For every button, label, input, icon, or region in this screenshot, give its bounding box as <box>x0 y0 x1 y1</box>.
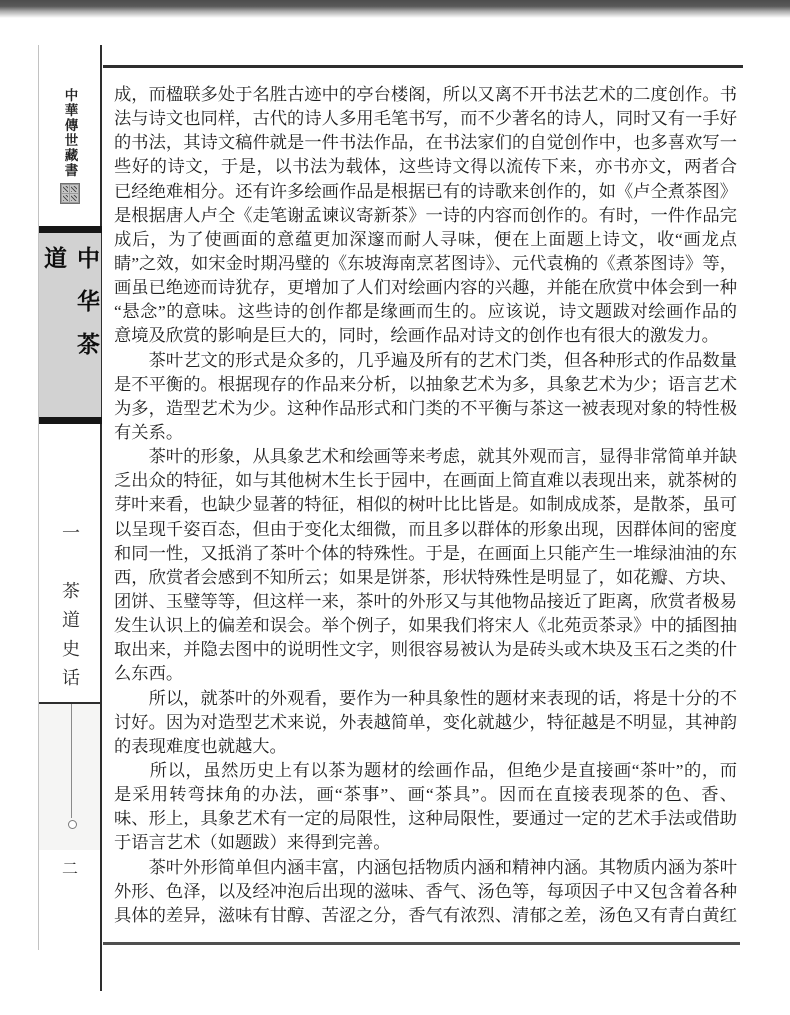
body-text-line: 的书法，其诗文稿件就是一件书法作品，在书法家们的自觉创作中，也多喜欢写一 <box>114 131 737 155</box>
body-text-line: 茶叶的形象，从具象艺术和绘画等来考虑，就其外观而言，显得非常简单并缺 <box>114 445 737 469</box>
series-title: 中華傳世藏書 <box>60 88 80 178</box>
body-text-line: 画虽已绝迹而诗犹存，更增加了人们对绘画内容的兴趣，并能在欣赏中体会到一种 <box>114 276 737 300</box>
body-text-line: 取出来，并隐去图中的说明性文字，则很容易被认为是砖头或木块及玉石之类的什 <box>114 638 737 662</box>
body-text-line: 和同一性，又抵消了茶叶个体的特殊性。于是，在画面上只能产生一堆绿油油的东 <box>114 542 737 566</box>
body-text-line: 芽叶来看，也缺少显著的特征，相似的树叶比比皆是。如制成成茶，是散茶，虽可 <box>114 493 737 517</box>
scan-edge-shadow <box>0 0 790 18</box>
sidebar-tail-line <box>71 704 72 818</box>
body-text-line: 茶叶外形简单但内涵丰富，内涵包括物质内涵和精神内涵。其物质内涵为茶叶 <box>114 856 737 880</box>
body-text-line: 法与诗文也同样，古代的诗人多用毛笔书写，而不少著名的诗人，同时又有一手好 <box>114 107 737 131</box>
body-text-line: 乏出众的特征，如与其他树木生长于园中，在画面上简直难以表现出来，就茶树的 <box>114 469 737 493</box>
text-frame-rule-top <box>103 65 743 68</box>
body-text-line: 成后，为了使画面的意蕴更加深邃而耐人寻味，便在上面题上诗文，收“画龙点 <box>114 228 737 252</box>
body-text-line: 所以，虽然历史上有以茶为题材的绘画作品，但绝少是直接画“茶叶”的，而 <box>114 759 737 783</box>
body-text-line: 意境及欣赏的影响是巨大的，同时，绘画作品对诗文的创作也有很大的激发力。 <box>114 324 737 348</box>
body-text-line: 所以，就茶叶的外观看，要作为一种具象性的题材来表现的话，将是十分的不 <box>114 687 737 711</box>
body-text-line: 外形、色泽，以及经冲泡后出现的滋味、香气、汤色等，每项因子中又包含着各种 <box>114 880 737 904</box>
body-text-line: 是根据唐人卢仝《走笔谢孟谏议寄新茶》一诗的内容而创作的。有时，一件作品完 <box>114 204 737 228</box>
series-title-block: 中華傳世藏書 <box>39 88 100 206</box>
body-text-line: 成，而楹联多处于名胜古迹中的亭台楼阁，所以又离不开书法艺术的二度创作。书 <box>114 83 737 107</box>
page-number: 二 <box>39 856 101 879</box>
sidebar-circle-ornament <box>68 820 77 829</box>
body-text: 成，而楹联多处于名胜古迹中的亭台楼阁，所以又离不开书法艺术的二度创作。书法与诗文… <box>114 83 737 928</box>
body-text-line: 发生认识上的偏差和误会。举个例子，如果我们将宋人《北苑贡茶录》中的插图抽 <box>114 614 737 638</box>
body-text-line: 团饼、玉璧等等，但这样一来，茶叶的外形又与其他物品接近了距离，欣赏者极易 <box>114 590 737 614</box>
section-title: 茶道史话 <box>57 581 83 697</box>
body-text-line: 为多，造型艺术为少。这种作品形式和门类的不平衡与茶这一被表现对象的特性极 <box>114 397 737 421</box>
book-page: 中華傳世藏書 中华茶道 一 茶道史话 二 成，而楹联多处于名胜古迹中的亭台楼阁，… <box>0 0 790 1015</box>
body-text-line: 是不平衡的。根据现存的作品来分析，以抽象艺术为多，具象艺术为少；语言艺术 <box>114 373 737 397</box>
section-number: 一 <box>57 523 83 541</box>
text-frame-rule-bottom <box>103 942 740 945</box>
body-text-line: “悬念”的意味。这些诗的创作都是缘画而生的。应该说，诗文题跋对绘画作品的 <box>114 300 737 324</box>
chapter-title-block: 一 茶道史话 <box>39 424 101 703</box>
body-text-line: 以呈现千姿百态，但由于变化太细微，而且多以群体的形象出现，因群体间的密度 <box>114 518 737 542</box>
body-text-line: 讨好。因为对造型艺术来说，外表越简单，变化就越少，特征越是不明显，其神韵 <box>114 711 737 735</box>
body-text-line: 的表现难度也就越大。 <box>114 735 737 759</box>
divider-bar-top <box>39 226 102 233</box>
body-text-line: 已经绝难相分。还有许多绘画作品是根据已有的诗歌来创作的，如《卢仝煮茶图》 <box>114 180 737 204</box>
book-title-panel: 中华茶道 <box>39 233 101 417</box>
body-text-line: 茶叶艺文的形式是众多的，几乎遍及所有的艺术门类，但各种形式的作品数量 <box>114 349 737 373</box>
body-text-line: 具体的差异，滋味有甘醇、苦涩之分，香气有浓烈、清郁之差，汤色又有青白黄红 <box>114 904 737 928</box>
body-text-line: 是采用转弯抹角的办法，画“茶事”、画“茶具”。因而在直接表现茶的色、香、 <box>114 783 737 807</box>
body-text-line: 睛”之效，如宋金时期冯璧的《东坡海南烹茗图诗》、元代袁桷的《煮茶图诗》等， <box>114 252 737 276</box>
body-text-line: 么东西。 <box>114 662 737 686</box>
body-text-line: 西，欣赏者会感到不知所云；如果是饼茶，形状特殊性是明显了，如花瓣、方块、 <box>114 566 737 590</box>
publisher-seal-icon <box>60 183 80 204</box>
body-text-line: 味、形上，具象艺术有一定的局限性，这种局限性，要通过一定的艺术手法或借助 <box>114 807 737 831</box>
body-text-line: 些好的诗文，于是，以书法为载体，这些诗文得以流传下来，亦书亦文，两者合璧， <box>114 155 737 179</box>
body-text-line: 于语言艺术（如题跋）来得到完善。 <box>114 831 737 855</box>
body-text-line: 有关系。 <box>114 421 737 445</box>
divider-bar-bottom <box>39 417 102 424</box>
book-title: 中华茶道 <box>37 233 103 417</box>
